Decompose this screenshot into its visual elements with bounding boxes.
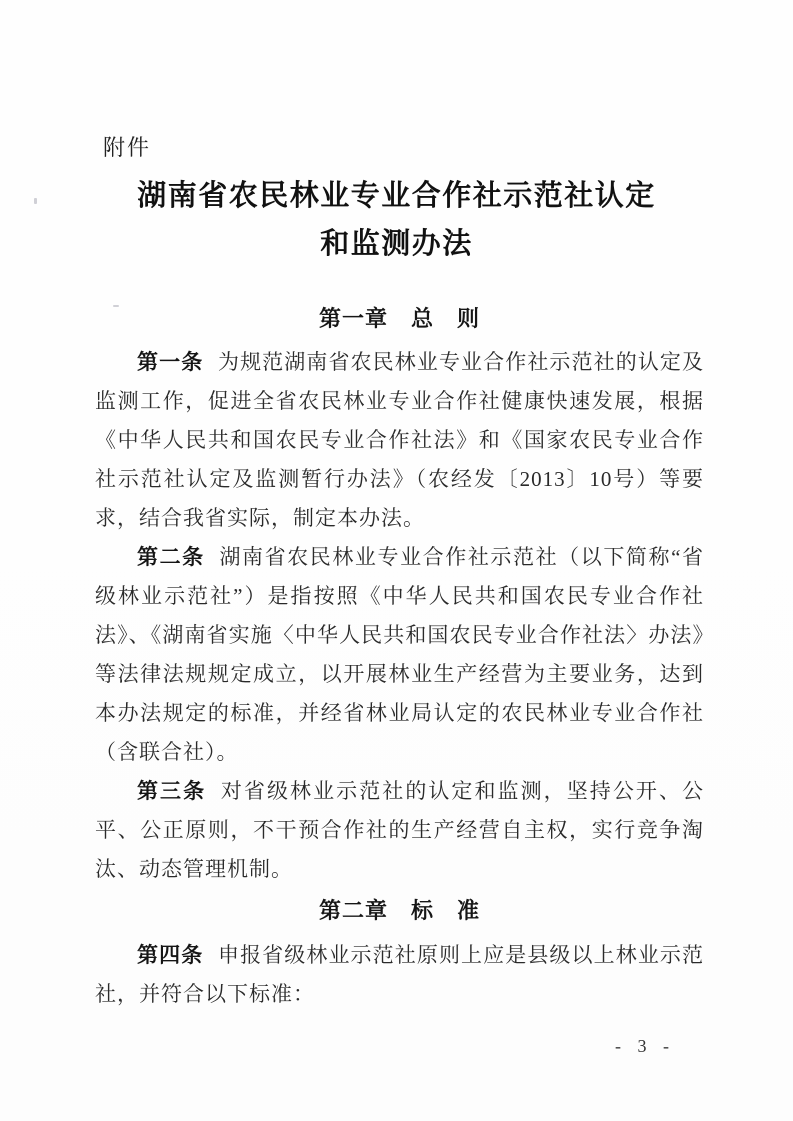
chapter-1-heading: 第一章 总 则	[95, 304, 704, 334]
article-4-number: 第四条	[137, 944, 203, 967]
article-2-number: 第二条	[137, 546, 205, 569]
article-3-number: 第三条	[137, 780, 206, 803]
article-1: 第一条为规范湖南省农民林业专业合作社示范社的认定及监测工作，促进全省农民林业专业…	[95, 343, 704, 538]
document-title-line-2: 和监测办法	[0, 220, 793, 268]
document-title: 湖南省农民林业专业合作社示范社认定 和监测办法	[0, 172, 793, 268]
chapter-2-heading: 第二章 标 准	[95, 896, 704, 926]
article-2: 第二条湖南省农民林业专业合作社示范社（以下简称“省级林业示范社”）是指按照《中华…	[95, 538, 704, 772]
article-3: 第三条对省级林业示范社的认定和监测，坚持公开、公平、公正原则，不干预合作社的生产…	[95, 772, 704, 889]
document-page: 附件 湖南省农民林业专业合作社示范社认定 和监测办法 第一章 总 则 第一条为规…	[0, 0, 793, 1121]
scan-artifact	[34, 198, 37, 204]
document-title-line-1: 湖南省农民林业专业合作社示范社认定	[0, 172, 793, 220]
scan-artifact	[113, 305, 119, 307]
article-4: 第四条申报省级林业示范社原则上应是县级以上林业示范社，并符合以下标准：	[95, 936, 704, 1014]
article-1-text: 为规范湖南省农民林业专业合作社示范社的认定及监测工作，促进全省农民林业专业合作社…	[95, 350, 704, 530]
article-1-number: 第一条	[137, 351, 203, 374]
document-body: 第一章 总 则 第一条为规范湖南省农民林业专业合作社示范社的认定及监测工作，促进…	[95, 304, 704, 1014]
article-2-text: 湖南省农民林业专业合作社示范社（以下简称“省级林业示范社”）是指按照《中华人民共…	[95, 545, 704, 764]
attachment-label: 附件	[103, 133, 151, 163]
page-number: - 3 -	[615, 1036, 675, 1057]
